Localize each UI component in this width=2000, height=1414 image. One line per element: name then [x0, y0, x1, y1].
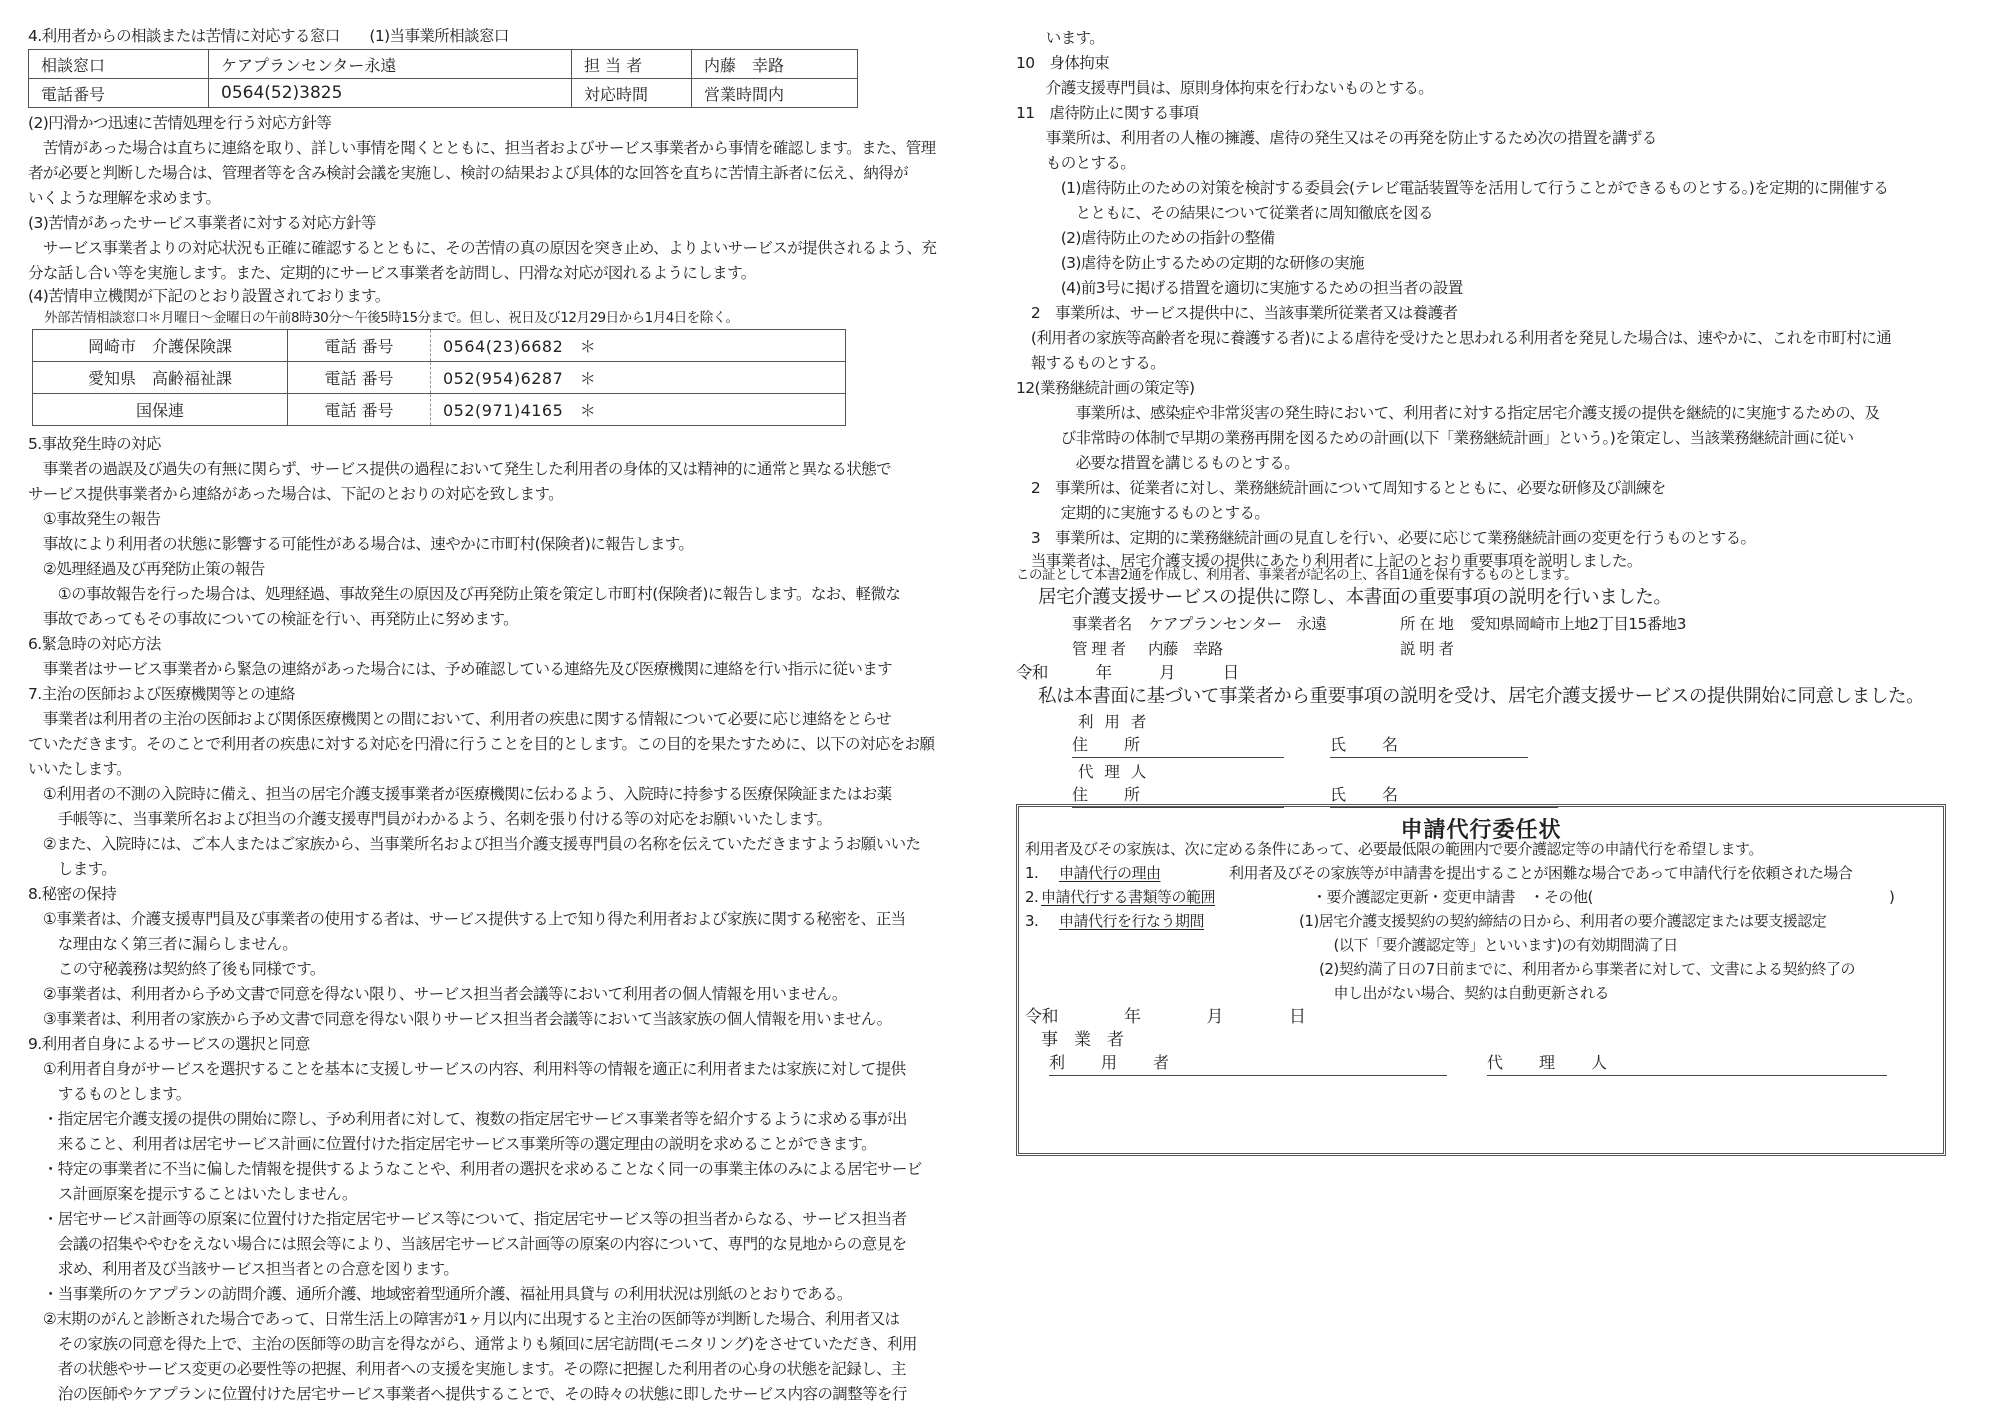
item-text: 申し出がない場合、契約は自動更新される	[1319, 982, 1609, 1004]
table-cell: 相談窓口	[29, 50, 209, 79]
body-text-line: 手帳等に、当事業所名および担当の介護支援専門員がわかるよう、名刺を張り付ける等の…	[28, 807, 831, 831]
table-row: 相談窓口 ケアプランセンター永遠 担 当 者 内藤 幸路	[29, 50, 858, 79]
body-text-line: 者の状態やサービス変更の必要性等の把握、利用者への支援を実施します。その際に把握…	[28, 1357, 906, 1381]
consultation-window-table: 相談窓口 ケアプランセンター永遠 担 当 者 内藤 幸路 電話番号 0564(5…	[28, 49, 858, 108]
body-text-line: び非常時の体制で早期の業務再開を図るための計画(以下「業務継続計画」という。)を…	[1016, 426, 1854, 450]
body-text-line: 者が必要と判断した場合は、管理者等を含み検討会議を実施し、検討の結果および具体的…	[28, 161, 908, 185]
body-text-line: 事業者の過誤及び過失の有無に関らず、サービス提供の過程において発生した利用者の身…	[28, 457, 891, 481]
agency-name: 国保連	[33, 394, 288, 426]
body-text-line: ②また、入院時には、ご本人またはご家族から、当事業所名および担当介護支援専門員の…	[28, 832, 920, 856]
body-text-line: ①利用者自身がサービスを選択することを基本に支援しサービスの内容、利用料等の情報…	[28, 1057, 906, 1081]
item-text: (以下「要介護認定等」といいます)の有効期間満了日	[1319, 934, 1678, 956]
section-4-3-heading: (3)苦情があったサービス事業者に対する対応方針等	[28, 211, 376, 235]
section-8-heading: 8.秘密の保持	[28, 882, 116, 906]
item-text: (2)契約満了日の7日前までに、利用者から事業者に対して、文書による契約終了の	[1319, 958, 1855, 980]
body-text-line: 来ること、利用者は居宅サービス計画に位置付けた指定居宅サービス事業所等の選定理由…	[28, 1132, 876, 1156]
external-complaint-table: 岡崎市 介護保険課 電話 番号 0564(23)6682 ＊ 愛知県 高齢福祉課…	[32, 329, 846, 426]
body-text-line: 定期的に実施するものとする。	[1016, 501, 1269, 525]
body-text-line: 2 事業所は、サービス提供中に、当該事業所従業者又は養護者	[1016, 301, 1457, 325]
body-text-line: ていただきます。そのことで利用者の疾患に対する対応を円滑に行うことを目的とします…	[28, 732, 934, 756]
item-text: (1)居宅介護支援契約の契約締結の日から、利用者の要介護認定または要支援認定	[1299, 910, 1826, 932]
body-text-line: 2 事業所は、従業者に対し、業務継続計画について周知するとともに、必要な研修及び…	[1016, 476, 1666, 500]
user-name-field[interactable]: 氏 名	[1330, 733, 1528, 758]
body-text-line: ①の事故報告を行った場合は、処理経過、事故発生の原因及び再発防止策を策定し市町村…	[28, 582, 900, 606]
section-4-4-heading: (4)苦情申立機関が下記のとおり設置されております。	[28, 284, 390, 308]
section-7-heading: 7.主治の医師および医療機関等との連絡	[28, 682, 295, 706]
location: 愛知県岡崎市上地2丁目15番地3	[1470, 612, 1686, 636]
body-text-line: します。	[28, 857, 116, 881]
agency-name: 愛知県 高齢福祉課	[33, 362, 288, 394]
phone-label: 電話 番号	[288, 362, 431, 394]
body-text-line: な理由なく第三者に漏らしません。	[28, 932, 297, 956]
body-text-line: 3 事業所は、定期的に業務継続計画の見直しを行い、必要に応じて業務継続計画の変更…	[1016, 526, 1755, 550]
table-row: 愛知県 高齢福祉課 電話 番号 052(954)6287 ＊	[33, 362, 846, 394]
body-text-line: ①事業者は、介護支援専門員及び事業者の使用する者は、サービス提供する上で知り得た…	[28, 907, 906, 931]
body-text-line: ②末期のがんと診断された場合であって、日常生活上の障害が1ヶ月以内に出現すると主…	[28, 1307, 899, 1331]
provider-name-label: 事業者名	[1072, 612, 1132, 636]
location-label: 所 在 地	[1400, 612, 1453, 636]
phone-label: 電話 番号	[288, 394, 431, 426]
table-row: 国保連 電話 番号 052(971)4165 ＊	[33, 394, 846, 426]
body-text-line: 治の医師やケアプランに位置付けた居宅サービス事業者へ提供することで、その時々の状…	[28, 1382, 907, 1406]
body-text-line: 事故であってもその事故についての検証を行い、再発防止に努めます。	[28, 607, 518, 631]
manager-name: 内藤 幸路	[1148, 637, 1223, 661]
table-cell: 営業時間内	[692, 79, 858, 108]
item-number: 3.	[1025, 910, 1038, 932]
manager-label: 管 理 者	[1072, 637, 1125, 661]
item-text-close: )	[1889, 886, 1894, 908]
table-cell: 担 当 者	[572, 50, 692, 79]
table-cell: 電話番号	[29, 79, 209, 108]
explainer-label: 説 明 者	[1400, 637, 1453, 661]
body-text-line: サービス提供事業者から連絡があった場合は、下記のとおりの対応を致します。	[28, 482, 563, 506]
body-text-line: その家族の同意を得た上で、主治の医師等の助言を得ながら、通常よりも頻回に居宅訪問…	[28, 1332, 917, 1356]
section-9-heading: 9.利用者自身によるサービスの選択と同意	[28, 1032, 310, 1056]
body-text-line: するものとします。	[28, 1082, 191, 1106]
item-number: 1.	[1025, 862, 1038, 884]
body-text-line: ・指定居宅介護支援の提供の開始に際し、予め利用者に対して、複数の指定居宅サービス…	[28, 1107, 907, 1131]
section-11-heading: 11 虐待防止に関する事項	[1016, 101, 1198, 125]
body-text-line: (利用者の家族等高齢者を現に養護する者)による虐待を受けたと思われる利用者を発見…	[1016, 326, 1891, 350]
agent-label: 代 理 人	[1078, 760, 1149, 784]
body-text-line: ・居宅サービス計画等の原案に位置付けた指定居宅サービス等について、指定居宅サービ…	[28, 1207, 907, 1231]
external-window-note: 外部苦情相談窓口＊月曜日～金曜日の午前8時30分～午後5時15分まで。但し、祝日…	[44, 306, 739, 330]
body-text-line: 分な話し合い等を実施します。また、定期的にサービス事業者を訪問し、円滑な対応が図…	[28, 261, 756, 285]
body-text-line: 必要な措置を講じるものとする。	[1016, 451, 1299, 475]
body-text-line: 介護支援専門員は、原則身体拘束を行わないものとする。	[1016, 76, 1433, 100]
phone-number: 0564(23)6682 ＊	[431, 330, 846, 362]
date-line: 令和 年 月 日	[1016, 661, 1239, 685]
item-label: 申請代行の理由	[1059, 862, 1161, 884]
proxy-agent-field[interactable]: 代 理 人	[1487, 1051, 1887, 1076]
body-text-line: ・特定の事業者に不当に偏した情報を提供するようなことや、利用者の選択を求めること…	[28, 1157, 922, 1181]
body-text-line: 求め、利用者及び当該サービス担当者との合意を図ります。	[28, 1257, 458, 1281]
proxy-intro: 利用者及びその家族は、次に定める条件にあって、必要最低限の範囲内で要介護認定等の…	[1025, 838, 1763, 860]
body-text-line: (3)虐待を防止するための定期的な研修の実施	[1016, 251, 1364, 275]
body-text-line: いくような理解を求めます。	[28, 186, 220, 210]
proxy-user-field[interactable]: 利 用 者	[1049, 1051, 1447, 1076]
body-text-line: 事業所は、利用者の人権の擁護、虐待の発生又はその再発を防止するため次の措置を講ず…	[1016, 126, 1657, 150]
proxy-date-line: 令和 年 月 日	[1025, 1006, 1306, 1028]
body-text-line: 苦情があった場合は直ちに連絡を取り、詳しい事情を聞くとともに、担当者およびサービ…	[28, 136, 936, 160]
body-text-line: とともに、その結果について従業者に周知徹底を図る	[1016, 201, 1433, 225]
user-address-field[interactable]: 住 所	[1072, 733, 1284, 758]
phone-number: 052(954)6287 ＊	[431, 362, 846, 394]
section-4-heading: 4.利用者からの相談または苦情に対応する窓口 (1)当事業所相談窓口	[28, 24, 509, 48]
body-text-line: サービス事業者よりの対応状況も正確に確認するとともに、その苦情の真の原因を突き止…	[28, 236, 936, 260]
phone-label: 電話 番号	[288, 330, 431, 362]
agency-name: 岡崎市 介護保険課	[33, 330, 288, 362]
section-5-heading: 5.事故発生時の対応	[28, 432, 161, 456]
table-cell: ケアプランセンター永遠	[209, 50, 572, 79]
body-text-line: この守秘義務は契約終了後も同様です。	[28, 957, 325, 981]
body-text-line: ③事業者は、利用者の家族から予め文書で同意を得ない限りサービス担当者会議等におい…	[28, 1007, 892, 1031]
item-number: 2.	[1025, 886, 1038, 908]
item-label: 申請代行する書類等の範囲	[1041, 886, 1215, 908]
continued-text-line: います。	[1016, 26, 1104, 50]
table-cell: 対応時間	[572, 79, 692, 108]
body-text-line: いいたします。	[28, 757, 131, 781]
body-text-line: ス計画原案を提示することはいたしません。	[28, 1182, 357, 1206]
table-row: 電話番号 0564(52)3825 対応時間 営業時間内	[29, 79, 858, 108]
body-text-line: ①事故発生の報告	[28, 507, 161, 531]
proxy-provider-label: 事 業 者	[1041, 1029, 1124, 1051]
body-text-line: (4)前3号に掲げる措置を適切に実施するための担当者の設置	[1016, 276, 1463, 300]
body-text-line: 報するものとする。	[1016, 351, 1165, 375]
body-text-line: 事業所は、感染症や非常災害の発生時において、利用者に対する指定居宅介護支援の提供…	[1016, 401, 1879, 425]
body-text-line: 事業者は利用者の主治の医師および関係医療機関との間において、利用者の疾患に関する…	[28, 707, 891, 731]
table-row: 岡崎市 介護保険課 電話 番号 0564(23)6682 ＊	[33, 330, 846, 362]
provider-name: ケアプランセンター 永遠	[1148, 612, 1326, 636]
user-label: 利 用 者	[1078, 710, 1149, 734]
section-10-heading: 10 身体拘束	[1016, 51, 1109, 75]
explanation-statement: 居宅介護支援サービスの提供に際し、本書面の重要事項の説明を行いました。	[1038, 586, 1672, 610]
item-text: 利用者及びその家族等が申請書を提出することが困難な場合であって申請代行を依頼され…	[1229, 862, 1852, 884]
body-text-line: ①利用者の不測の入院時に備え、担当の居宅介護支援事業者が医療機関に伝わるよう、入…	[28, 782, 892, 806]
body-text-line: 会議の招集ややむをえない場合には照会等により、当該居宅サービス計画等の原案の内容…	[28, 1232, 907, 1256]
body-text-line: ・当事業所のケアプランの訪問介護、通所介護、地域密着型通所介護、福祉用具貸与 の…	[28, 1282, 852, 1306]
phone-number: 052(971)4165 ＊	[431, 394, 846, 426]
table-cell: 内藤 幸路	[692, 50, 858, 79]
section-12-heading: 12(業務継続計画の策定等)	[1016, 376, 1194, 400]
body-text-line: 事故により利用者の状態に影響する可能性がある場合は、速やかに市町村(保険者)に報…	[28, 532, 693, 556]
proxy-application-form: 申請代行委任状 利用者及びその家族は、次に定める条件にあって、必要最低限の範囲内…	[1016, 804, 1946, 1156]
body-text-line: ②事業者は、利用者から予め文書で同意を得ない限り、サービス担当者会議等において利…	[28, 982, 847, 1006]
body-text-line: (2)虐待防止のための指針の整備	[1016, 226, 1275, 250]
item-label: 申請代行を行なう期間	[1059, 910, 1204, 932]
consent-statement: 私は本書面に基づいて事業者から重要事項の説明を受け、居宅介護支援サービスの提供開…	[1038, 685, 1924, 709]
body-text-line: 事業者はサービス事業者から緊急の連絡があった場合には、予め確認している連絡先及び…	[28, 657, 892, 681]
section-6-heading: 6.緊急時の対応方法	[28, 632, 161, 656]
item-text: ・要介護認定更新・変更申請書 ・その他(	[1312, 886, 1593, 908]
body-text-line: ②処理経過及び再発防止策の報告	[28, 557, 265, 581]
phone-number: 0564(52)3825	[209, 79, 572, 108]
section-4-2-heading: (2)円滑かつ迅速に苦情処理を行う対応方針等	[28, 111, 331, 135]
body-text-line: (1)虐待防止のための対策を検討する委員会(テレビ電話装置等を活用して行うことが…	[1016, 176, 1888, 200]
body-text-line: この証として本書2通を作成し、利用者、事業者が記名の上、各自1通を保有するものと…	[1016, 563, 1577, 587]
body-text-line: ものとする。	[1016, 151, 1135, 175]
